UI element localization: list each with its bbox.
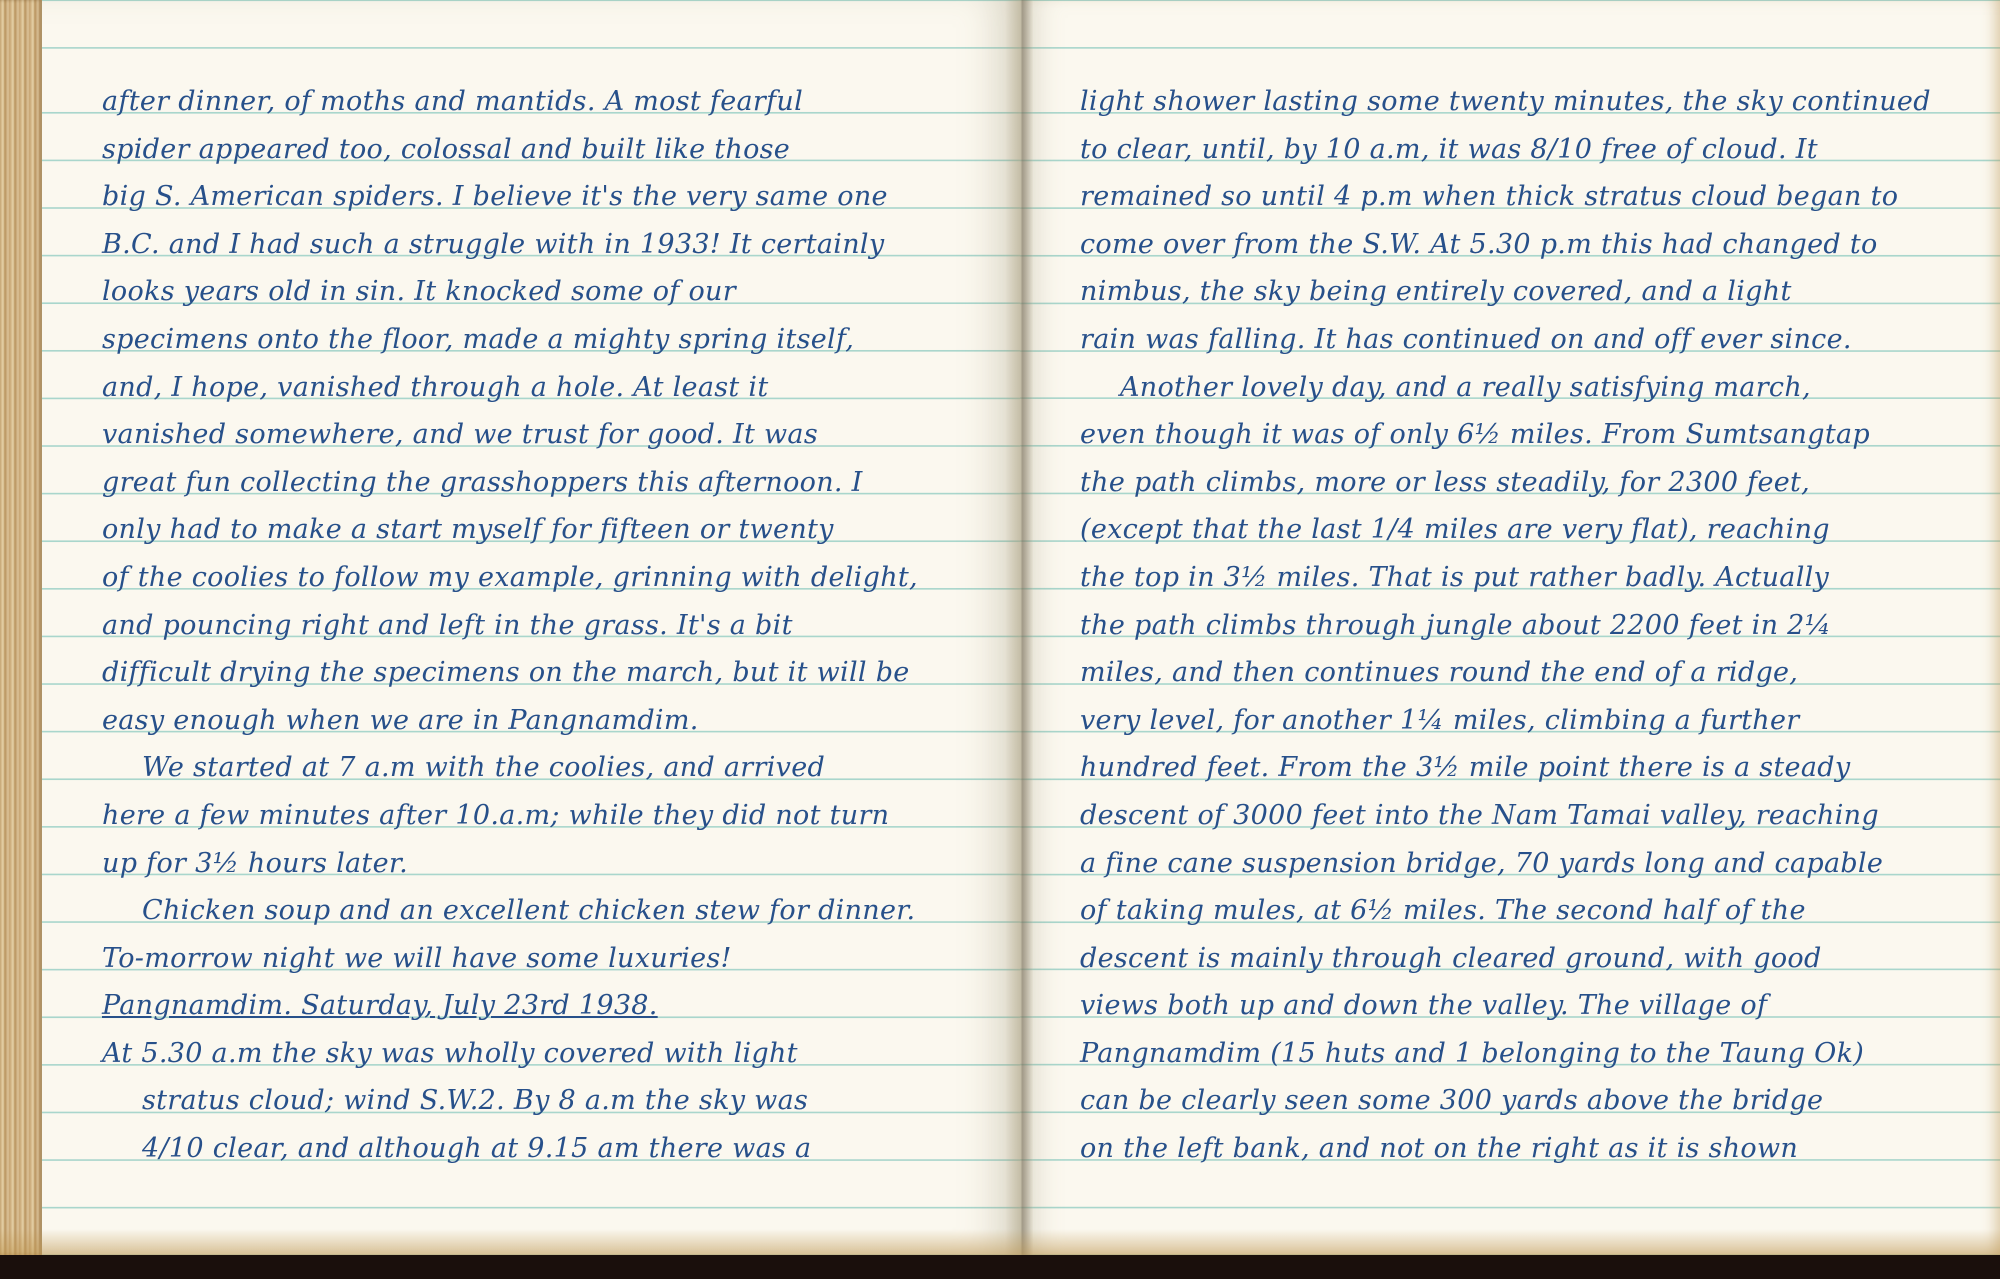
book-spine-gutter [1005,0,1033,1255]
text-line: can be clearly seen some 300 yards above… [1080,1077,2000,1125]
text-line: of taking mules, at 6½ miles. The second… [1080,887,2000,935]
text-line: the top in 3½ miles. That is put rather … [1080,554,2000,602]
text-line: specimens onto the floor, made a mighty … [102,316,1022,364]
text-line: up for 3½ hours later. [102,840,1022,888]
text-line: on the left bank, and not on the right a… [1080,1125,2000,1173]
text-line: big S. American spiders. I believe it's … [102,173,1022,221]
text-line: only had to make a start myself for fift… [102,506,1022,554]
text-line: (except that the last 1/4 miles are very… [1080,506,2000,554]
right-page-lines: light shower lasting some twenty minutes… [1080,78,2000,1173]
open-notebook: after dinner, of moths and mantids. A mo… [0,0,2000,1255]
text-line: stratus cloud; wind S.W.2. By 8 a.m the … [102,1077,1022,1125]
text-line: remained so until 4 p.m when thick strat… [1080,173,2000,221]
right-page: light shower lasting some twenty minutes… [1020,0,2000,1255]
page-edges [0,0,42,1255]
text-line: come over from the S.W. At 5.30 p.m this… [1080,221,2000,269]
text-line: spider appeared too, colossal and built … [102,126,1022,174]
page-bottom-stain [0,1229,2000,1255]
text-line: miles, and then continues round the end … [1080,649,2000,697]
text-line: Pangnamdim (15 huts and 1 belonging to t… [1080,1030,2000,1078]
text-line: To-morrow night we will have some luxuri… [102,935,1022,983]
text-line: great fun collecting the grasshoppers th… [102,459,1022,507]
text-line: views both up and down the valley. The v… [1080,982,2000,1030]
text-line: a fine cane suspension bridge, 70 yards … [1080,840,2000,888]
text-line: of the coolies to follow my example, gri… [102,554,1022,602]
entry-date-heading: Pangnamdim. Saturday, July 23rd 1938. [102,982,1022,1030]
text-line: rain was falling. It has continued on an… [1080,316,2000,364]
text-line: to clear, until, by 10 a.m, it was 8/10 … [1080,126,2000,174]
text-line: even though it was of only 6½ miles. Fro… [1080,411,2000,459]
text-line: looks years old in sin. It knocked some … [102,268,1022,316]
text-line: B.C. and I had such a struggle with in 1… [102,221,1022,269]
text-line: nimbus, the sky being entirely covered, … [1080,268,2000,316]
text-line: vanished somewhere, and we trust for goo… [102,411,1022,459]
text-line: Chicken soup and an excellent chicken st… [102,887,1022,935]
text-line: 4/10 clear, and although at 9.15 am ther… [102,1125,1022,1173]
text-line: very level, for another 1¼ miles, climbi… [1080,697,2000,745]
text-line: the path climbs through jungle about 220… [1080,602,2000,650]
text-line: easy enough when we are in Pangnamdim. [102,697,1022,745]
text-line: the path climbs, more or less steadily, … [1080,459,2000,507]
text-line: Another lovely day, and a really satisfy… [1080,364,2000,412]
text-line: here a few minutes after 10.a.m; while t… [102,792,1022,840]
text-line: descent is mainly through cleared ground… [1080,935,2000,983]
text-line: after dinner, of moths and mantids. A mo… [102,78,1022,126]
text-line: and pouncing right and left in the grass… [102,602,1022,650]
left-page: after dinner, of moths and mantids. A mo… [42,0,1020,1255]
text-line: hundred feet. From the 3½ mile point the… [1080,744,2000,792]
text-line: light shower lasting some twenty minutes… [1080,78,2000,126]
text-line: descent of 3000 feet into the Nam Tamai … [1080,792,2000,840]
text-line: We started at 7 a.m with the coolies, an… [102,744,1022,792]
text-line: difficult drying the specimens on the ma… [102,649,1022,697]
text-line: At 5.30 a.m the sky was wholly covered w… [102,1030,1022,1078]
text-line: and, I hope, vanished through a hole. At… [102,364,1022,412]
left-page-lines: after dinner, of moths and mantids. A mo… [102,78,1022,1173]
